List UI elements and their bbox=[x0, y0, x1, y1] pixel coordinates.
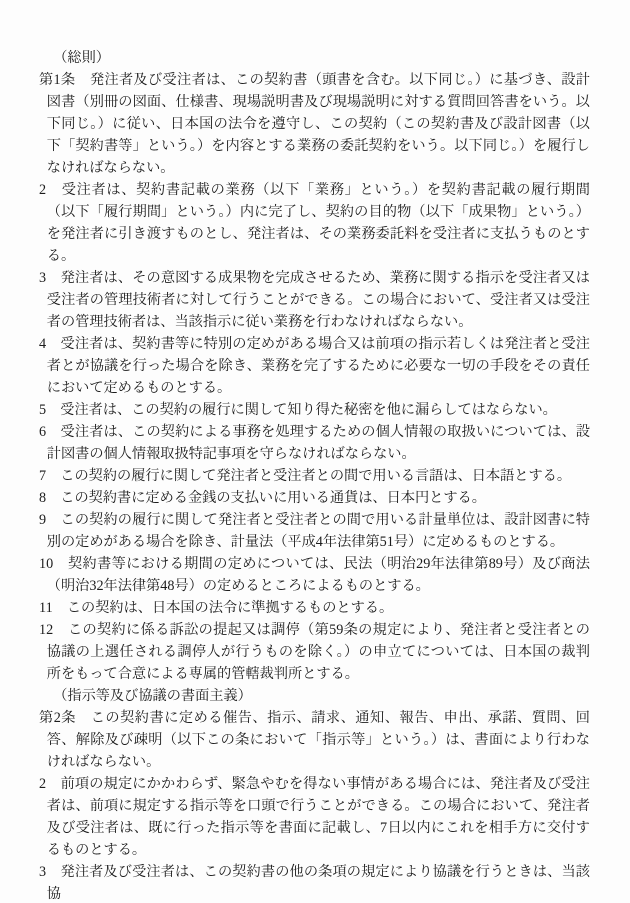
article-1-clause-5: 5 受注者は、この契約の履行に関して知り得た秘密を他に漏らしてはならない。 bbox=[39, 399, 590, 421]
article-1-clause-11: 11 この契約は、日本国の法令に準拠するものとする。 bbox=[39, 597, 590, 619]
article-1-clause-10: 10 契約書等における期間の定めについては、民法（明治29年法律第89号）及び商… bbox=[39, 553, 590, 597]
article-1-clause-8: 8 この契約書に定める金銭の支払いに用いる通貨は、日本円とする。 bbox=[39, 487, 590, 509]
article-2-clause-3-truncated: 3 発注者及び受注者は、この契約書の他の条項の規定により協議を行うときは、当該協 bbox=[39, 861, 590, 903]
article-1-clause-12: 12 この契約に係る訴訟の提起又は調停（第59条の規定により、発注者と受注者との… bbox=[39, 619, 590, 685]
document-body: （総則） 第1条 発注者及び受注者は、この契約書（頭書を含む。以下同じ。）に基づ… bbox=[39, 47, 590, 903]
article-1-clause-4: 4 受注者は、契約書等に特別の定めがある場合又は前項の指示若しくは発注者と受注者… bbox=[39, 333, 590, 399]
article-1-clause-7: 7 この契約の履行に関して発注者と受注者との間で用いる言語は、日本語とする。 bbox=[39, 465, 590, 487]
article-1-clause-6: 6 受注者は、この契約による事務を処理するための個人情報の取扱いについては、設計… bbox=[39, 421, 590, 465]
article-2-clause-1: 第2条 この契約書に定める催告、指示、請求、通知、報告、申出、承諾、質問、回答、… bbox=[39, 707, 590, 773]
article-1-clause-2: 2 受注者は、契約書記載の業務（以下「業務」という。）を契約書記載の履行期間（以… bbox=[39, 179, 590, 267]
section-heading-written-form-of-instructions: （指示等及び協議の書面主義） bbox=[39, 685, 590, 707]
article-1-clause-3: 3 発注者は、その意図する成果物を完成させるため、業務に関する指示を受注者又は受… bbox=[39, 267, 590, 333]
article-1-clause-1: 第1条 発注者及び受注者は、この契約書（頭書を含む。以下同じ。）に基づき、設計図… bbox=[39, 69, 590, 179]
article-1-clause-9: 9 この契約の履行に関して発注者と受注者との間で用いる計量単位は、設計図書に特別… bbox=[39, 509, 590, 553]
document-page: （総則） 第1条 発注者及び受注者は、この契約書（頭書を含む。以下同じ。）に基づ… bbox=[0, 0, 630, 903]
article-2-clause-2: 2 前項の規定にかかわらず、緊急やむを得ない事情がある場合には、発注者及び受注者… bbox=[39, 773, 590, 861]
section-heading-general-provisions: （総則） bbox=[39, 47, 590, 69]
